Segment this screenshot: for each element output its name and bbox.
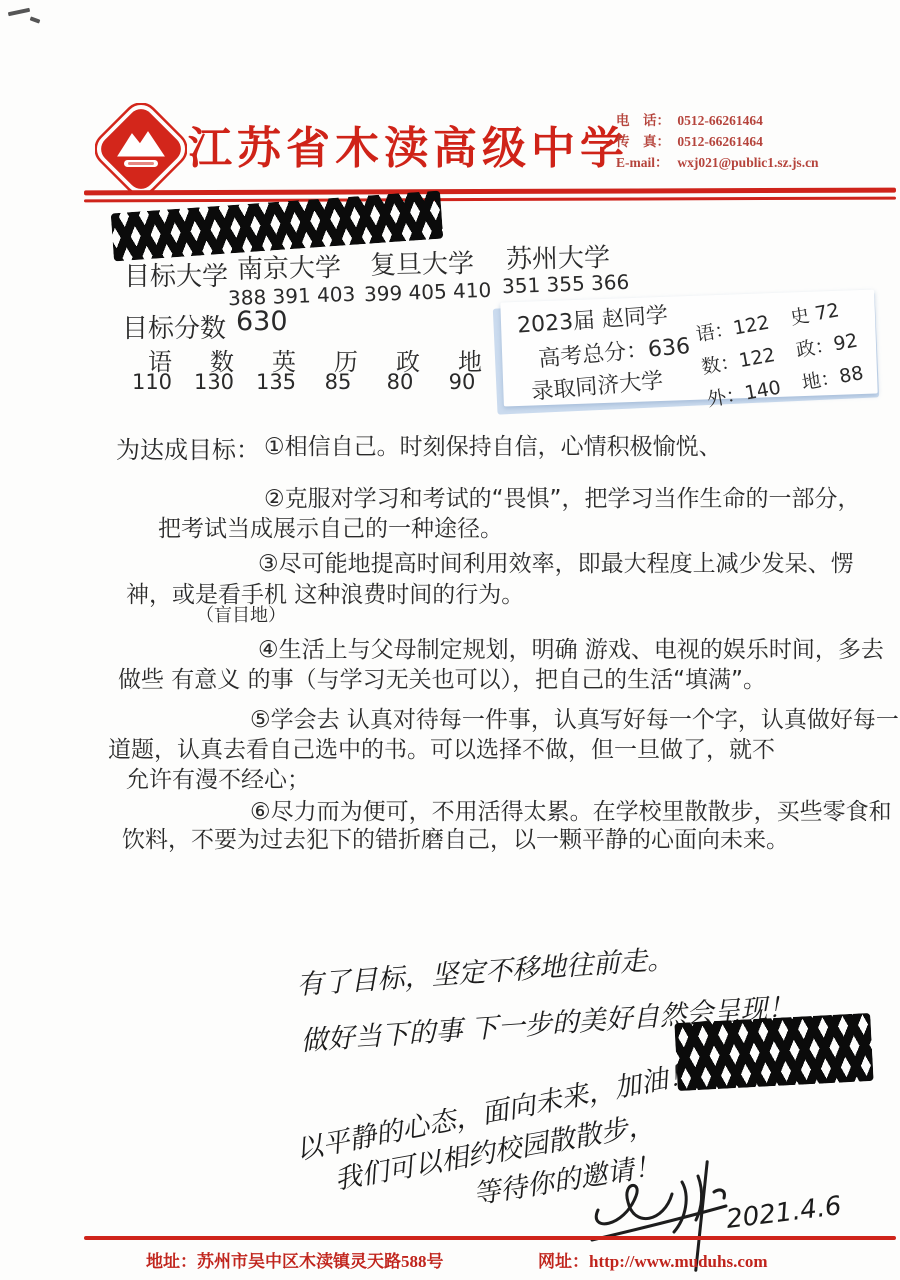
goal-line: 做些 有意义 的事（与学习无关也可以），把自己的生活“填满”。 [118,661,766,694]
header-rule-thick [84,188,896,196]
sticky-note: 2023届 赵同学 高考总分：636 录取同济大学 语：122 史 72 数：1… [500,290,877,407]
address-label: 地址： [146,1252,197,1271]
university-name: 南京大学 [237,247,342,286]
university-scores: 351 355 366 [502,270,630,298]
goal-line: 饮料，不要为过去犯下的错折磨自己，以一颗平静的心面向未来。 [122,821,789,854]
goals-intro: 为达成目标： [116,430,260,465]
goal-line: 道题，认真去看自己选中的书。可以选择不做，但一旦做了，就不 [108,731,775,764]
subject-score: 110 [130,370,174,394]
email-label: E-mail： [616,152,674,173]
school-logo [95,103,187,200]
target-score-value: 630 [236,306,288,337]
subject-score: 135 [254,370,298,394]
scan-artifact [30,16,41,23]
website-url: http://www.muduhs.com [589,1252,768,1271]
address-value: 苏州市吴中区木渎镇灵天路588号 [197,1252,444,1271]
fax-row: 传 真： 0512-66261464 [616,131,819,152]
scan-artifact [8,8,30,16]
website-label: 网址： [538,1252,589,1271]
email-value: wxj021@public1.sz.js.cn [677,155,818,170]
note-score-grid: 语：122 史 72 数：122 政：92 外：140 地：88 [693,290,882,412]
footer-rule [84,1236,896,1240]
university-name: 复旦大学 [370,243,475,282]
subject-score: 80 [378,370,422,394]
email-row: E-mail： wxj021@public1.sz.js.cn [616,152,819,173]
subject-score: 130 [192,370,236,394]
goal-line-insertion: （盲目地） [196,601,286,627]
footer-address: 地址：苏州市吴中区木渎镇灵天路588号 [146,1247,444,1272]
goal-line: ①相信自己。时刻保持自信，心情积极愉悦、 [264,428,722,461]
redaction-teacher-name [674,1013,873,1091]
school-logo-icon [95,103,187,195]
target-universities-label: 目标大学 [124,256,228,293]
subject-scores-row: 110 130 135 85 80 90 [130,370,502,394]
goal-line: ④生活上与父母制定规划，明确 游戏、电视的娱乐时间，多去 [258,631,884,664]
phone-row: 电 话： 0512-66261464 [616,110,819,131]
scanned-letter-page: 江苏省木渎高级中学 电 话： 0512-66261464 传 真： 0512-6… [0,0,900,1280]
goal-line: 把考试当成展示自己的一种途径。 [158,510,503,543]
fax-label: 传 真： [616,131,674,152]
goal-line: ②克服对学习和考试的“畏惧”，把学习当作生命的一部分， [264,480,860,513]
goal-line: 神，或是看手机 这种浪费时间的行为。 [126,576,524,609]
phone-value: 0512-66261464 [677,113,763,128]
goal-line: ⑤学会去 认真对待每一件事，认真写好每一个字，认真做好每一 [250,701,899,734]
subject-score: 90 [440,370,484,394]
target-score-label: 目标分数 [122,308,226,345]
goal-line: 允许有漫不经心； [126,761,310,794]
closing-line: 有了目标，坚定不移地往前走。 [295,937,675,1002]
fax-value: 0512-66261464 [677,134,763,149]
subject-score: 85 [316,370,360,394]
contact-block: 电 话： 0512-66261464 传 真： 0512-66261464 E-… [616,110,819,173]
header-rule-thin [84,197,896,202]
footer-website: 网址：http://www.muduhs.com [538,1247,768,1272]
note-score: 地：88 [799,355,882,395]
goal-line: ③尽可能地提高时间利用效率，即最大程度上减少发呆、愣 [258,545,854,578]
phone-label: 电 话： [616,110,674,131]
university-scores: 399 405 410 [364,278,492,306]
school-name: 江苏省木渎高级中学 [188,112,629,176]
